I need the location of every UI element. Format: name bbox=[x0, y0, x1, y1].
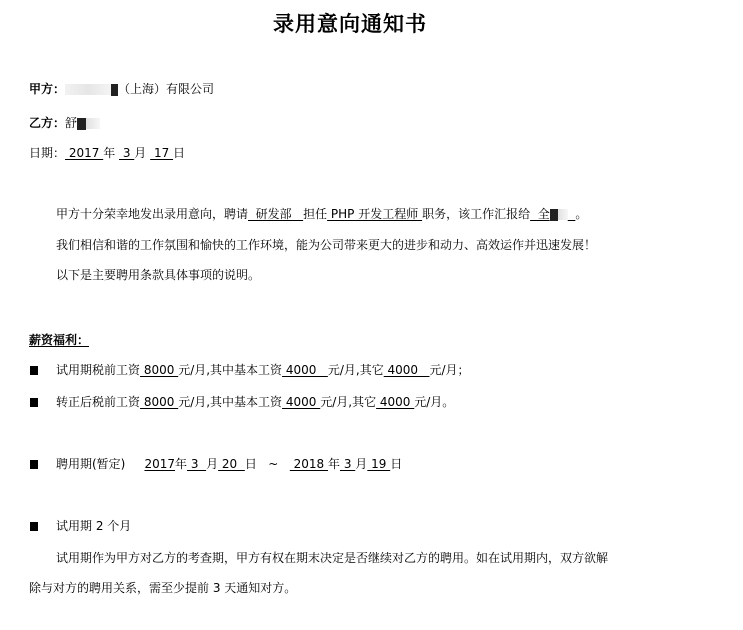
position-field: PHP 开发工程师 bbox=[327, 207, 422, 221]
redaction-mark bbox=[550, 209, 558, 221]
bullet-square-icon bbox=[30, 366, 38, 375]
day-unit: 日 bbox=[245, 457, 257, 471]
party-b-name: 舒 bbox=[65, 116, 77, 130]
base-salary: 4000 bbox=[282, 363, 328, 377]
party-a-line: 甲方：（上海）有限公司 bbox=[29, 81, 214, 97]
date-month: 3 bbox=[119, 146, 134, 160]
redacted-company-name bbox=[65, 84, 111, 95]
date-label: 日期： bbox=[29, 146, 65, 160]
intro-text: 甲方十分荣幸地发出录用意向，聘请 bbox=[56, 207, 248, 221]
bullet-square-icon bbox=[30, 460, 38, 469]
gross-salary: 8000 bbox=[140, 363, 178, 377]
salary-text: 转正后税前工资 bbox=[56, 395, 140, 409]
report-to-name: 全 bbox=[530, 207, 550, 221]
employment-term-line: 聘用期(暂定) 2017年 3 月 20 日 ~ 2018 年 3 月 19 日 bbox=[56, 456, 402, 472]
start-year: 2017 bbox=[144, 457, 175, 471]
salary-item-probation: 试用期税前工资 8000 元/月,其中基本工资 4000 元/月,其它 4000… bbox=[56, 362, 470, 378]
day-unit: 日 bbox=[390, 457, 402, 471]
other-salary: 4000 bbox=[384, 363, 430, 377]
probation-label: 试用期 2 个月 bbox=[56, 518, 131, 534]
end-year: 2018 bbox=[290, 457, 328, 471]
month-unit: 月 bbox=[206, 457, 218, 471]
salary-text: 元/月,其它 bbox=[328, 363, 384, 377]
salary-text: 元/月。 bbox=[414, 395, 454, 409]
redaction-mark bbox=[111, 84, 118, 96]
year-unit: 年 bbox=[328, 457, 340, 471]
intro-paragraph-3: 以下是主要聘用条款具体事项的说明。 bbox=[56, 267, 260, 283]
bullet-square-icon bbox=[30, 522, 38, 531]
day-unit: 日 bbox=[173, 146, 185, 160]
start-day: 20 bbox=[218, 457, 245, 471]
year-unit: 年 bbox=[175, 457, 187, 471]
salary-heading: 薪资福利： bbox=[29, 332, 89, 348]
year-unit: 年 bbox=[103, 146, 115, 160]
redaction-mark bbox=[77, 118, 86, 130]
base-salary: 4000 bbox=[282, 395, 320, 409]
intro-paragraph-2: 我们相信和谐的工作氛围和愉快的工作环境，能为公司带来更大的进步和动力、高效运作并… bbox=[56, 237, 596, 253]
end-month: 3 bbox=[340, 457, 355, 471]
salary-text: 试用期税前工资 bbox=[56, 363, 140, 377]
month-unit: 月 bbox=[134, 146, 146, 160]
start-month: 3 bbox=[187, 457, 206, 471]
month-unit: 月 bbox=[355, 457, 367, 471]
term-label: 聘用期(暂定) bbox=[56, 457, 125, 471]
salary-text: 元/月,其中基本工资 bbox=[178, 363, 282, 377]
redacted-name bbox=[558, 209, 568, 220]
date-day: 17 bbox=[150, 146, 173, 160]
intro-paragraph-1: 甲方十分荣幸地发出录用意向，聘请 研发部 担任 PHP 开发工程师 职务，该工作… bbox=[56, 206, 587, 222]
end-day: 19 bbox=[367, 457, 390, 471]
salary-text: 元/月,其中基本工资 bbox=[178, 395, 282, 409]
intro-text: 。 bbox=[575, 207, 587, 221]
intro-text: 职务，该工作汇报给 bbox=[422, 207, 530, 221]
party-a-label: 甲方： bbox=[29, 82, 65, 96]
salary-text: 元/月； bbox=[430, 363, 470, 377]
department-field: 研发部 bbox=[248, 207, 303, 221]
report-to-field: 全 bbox=[530, 207, 575, 221]
salary-text: 元/月,其它 bbox=[320, 395, 376, 409]
bullet-square-icon bbox=[30, 398, 38, 407]
party-b-line: 乙方：舒 bbox=[29, 115, 100, 131]
other-salary: 4000 bbox=[376, 395, 414, 409]
date-line: 日期： 2017 年 3 月 17 日 bbox=[29, 145, 185, 161]
redacted-name bbox=[86, 118, 100, 129]
range-tilde: ~ bbox=[268, 457, 278, 471]
party-a-company-suffix: （上海）有限公司 bbox=[118, 82, 214, 96]
intro-text: 担任 bbox=[303, 207, 327, 221]
document-title: 录用意向通知书 bbox=[0, 10, 700, 38]
salary-item-regular: 转正后税前工资 8000 元/月,其中基本工资 4000 元/月,其它 4000… bbox=[56, 394, 454, 410]
date-year: 2017 bbox=[65, 146, 103, 160]
gross-salary: 8000 bbox=[140, 395, 178, 409]
probation-paragraph-1: 试用期作为甲方对乙方的考查期，甲方有权在期末决定是否继续对乙方的聘用。如在试用期… bbox=[56, 550, 608, 566]
party-b-label: 乙方： bbox=[29, 116, 65, 130]
probation-paragraph-2: 除与对方的聘用关系，需至少提前 3 天通知对方。 bbox=[29, 580, 296, 596]
